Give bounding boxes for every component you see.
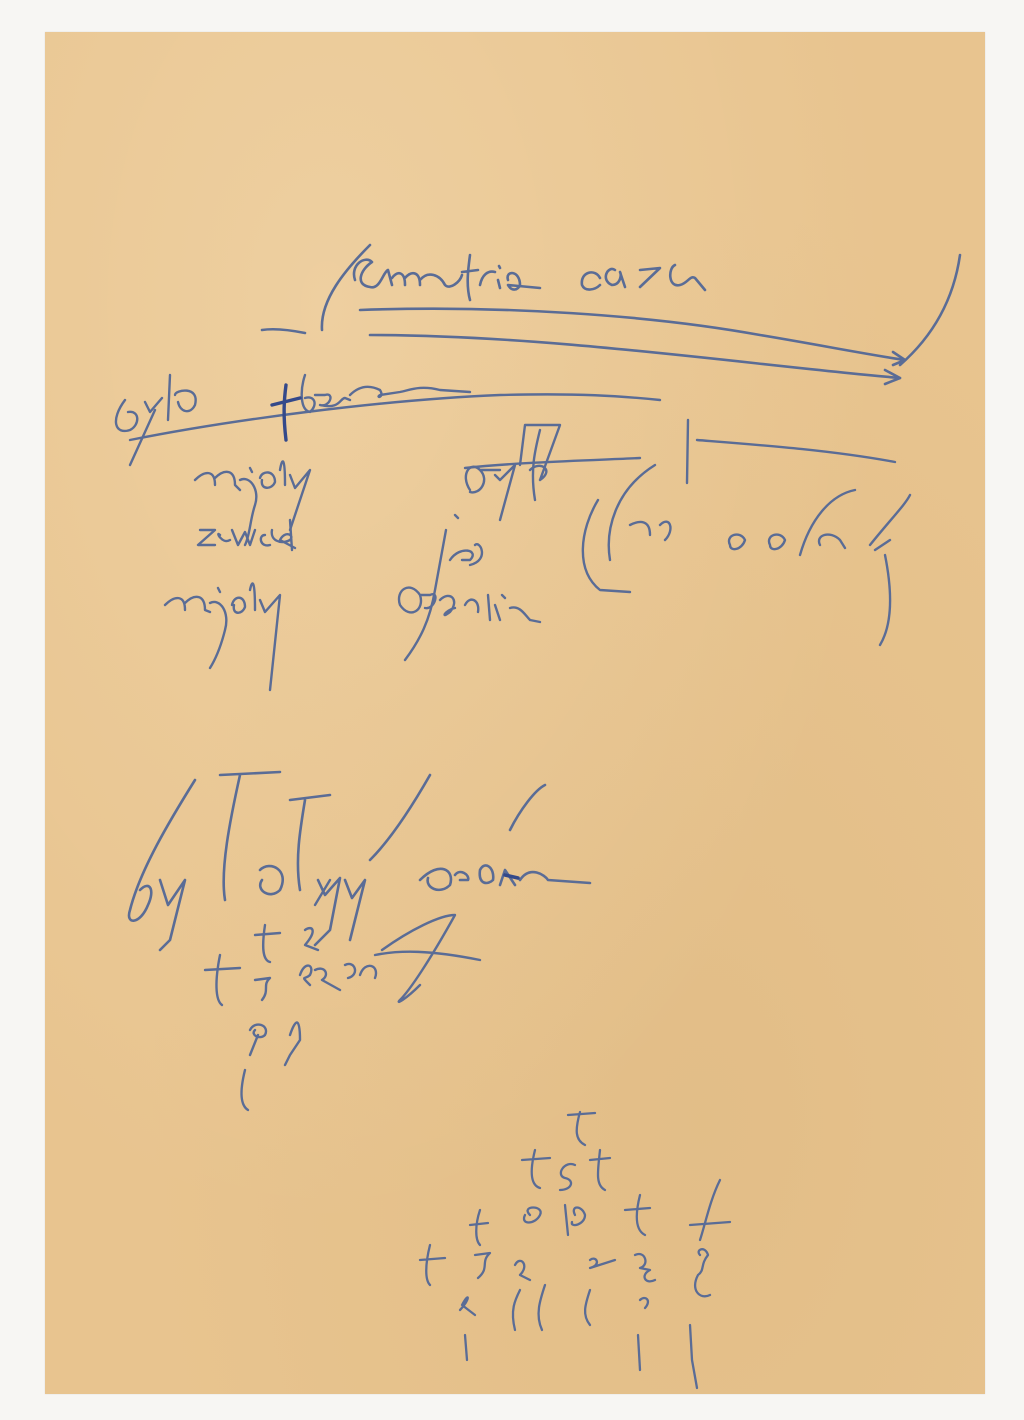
handwriting-strokes [0, 0, 1024, 1420]
